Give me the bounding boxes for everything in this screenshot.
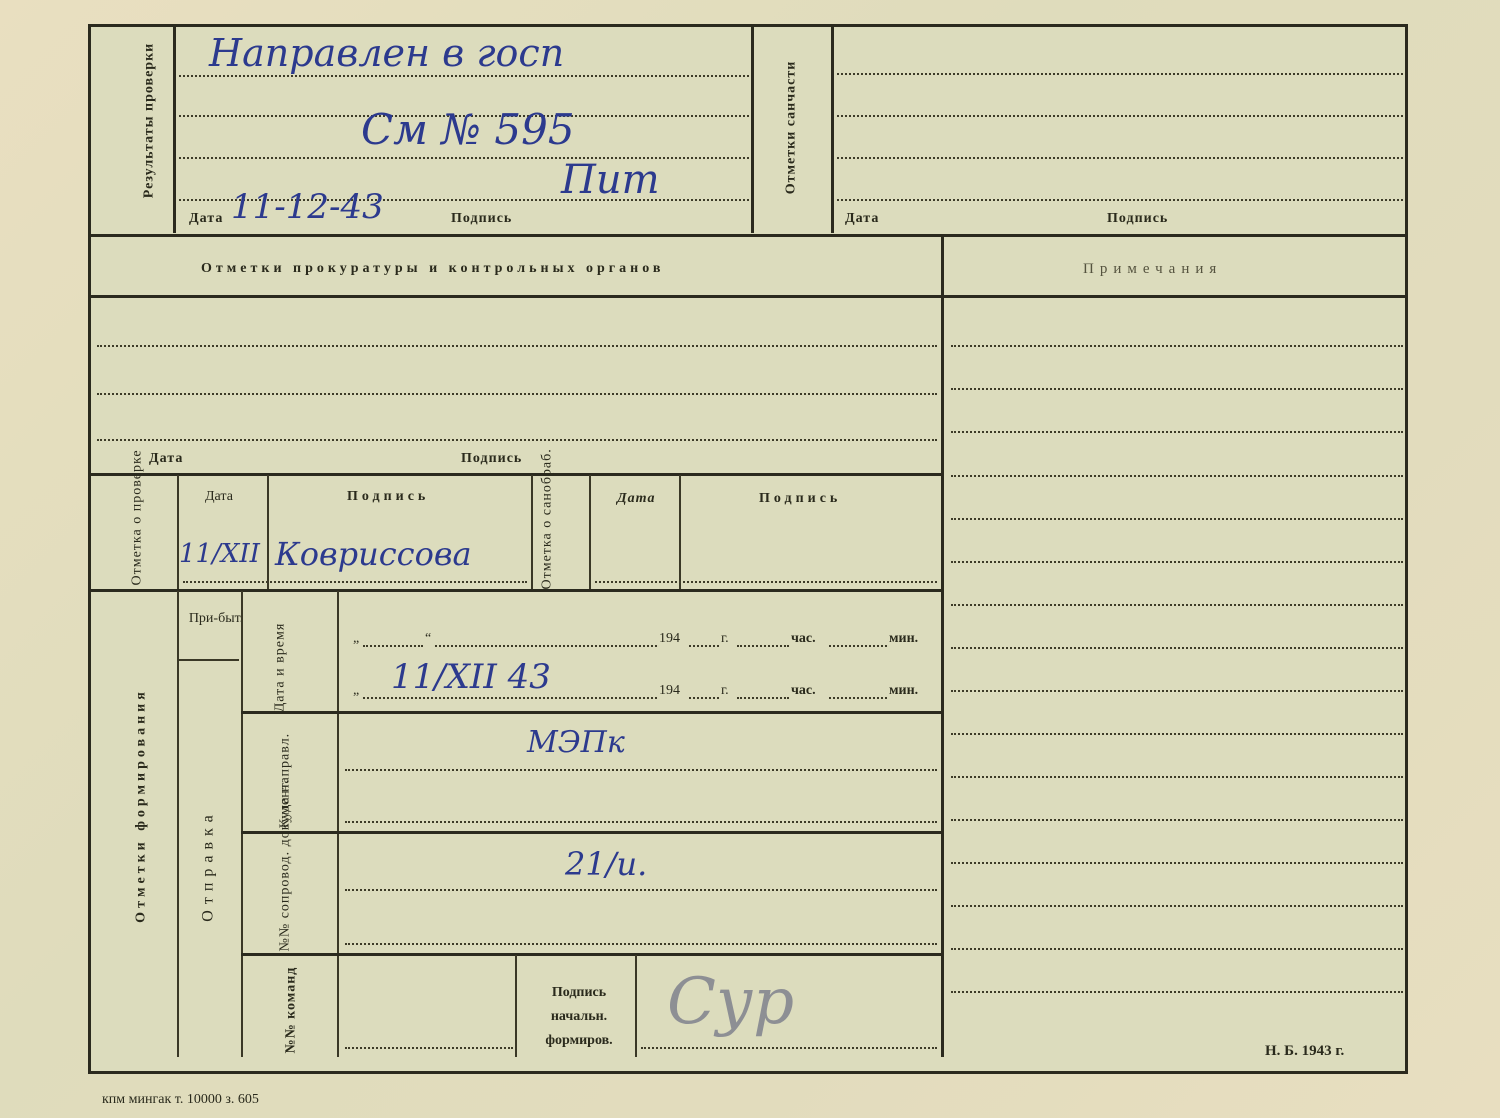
results-check-side-label: Результаты проверки	[141, 41, 158, 201]
sanobrab-signature-label: Подпись	[759, 491, 841, 507]
dotted-line	[641, 1047, 937, 1049]
notes-footer-mark: Н. Б. 1943 г.	[1265, 1043, 1344, 1060]
prosecutor-date-label: Дата	[149, 451, 183, 467]
section-rule	[241, 831, 941, 834]
dispatch-label: Отправка	[200, 801, 217, 931]
sanobrab-side-label: Отметка о санобраб.	[539, 470, 556, 590]
divider	[531, 475, 533, 589]
divider	[267, 475, 269, 589]
results-date-value: 11-12-43	[231, 187, 384, 227]
dotted-line	[837, 115, 1403, 117]
notes-line	[951, 518, 1403, 520]
notes-line	[951, 733, 1403, 735]
datetime-label: Дата и время	[272, 623, 289, 713]
sanitary-unit-side-label-text: Отметки санчасти	[784, 61, 799, 195]
notes-header: Примечания	[1083, 261, 1222, 278]
dotted-line	[179, 75, 749, 77]
handwritten-result-line2: См № 595	[361, 105, 575, 154]
sanchast-signature-label: Подпись	[1107, 211, 1168, 227]
dotted-line	[183, 581, 527, 583]
year-prefix: 194	[659, 631, 680, 647]
check-date-label: Дата	[205, 489, 233, 505]
commander-sign-label: Подпись начальн. формиров.	[523, 981, 635, 1053]
record-card-form: Результаты проверки Направлен в госп См …	[88, 24, 1408, 1074]
sanobrab-date-label: Дата	[617, 491, 655, 507]
sanobrab-side-label-text: Отметка о санобраб.	[540, 448, 555, 589]
notes-line	[951, 905, 1403, 907]
handwritten-result-line1: Направлен в госп	[209, 31, 564, 75]
notes-line	[951, 776, 1403, 778]
divider	[679, 475, 681, 589]
dotted-line	[829, 645, 887, 647]
notes-line	[951, 862, 1403, 864]
close-quote: “	[425, 631, 431, 647]
hours-label: час.	[791, 631, 816, 647]
notes-line	[951, 475, 1403, 477]
divider	[831, 27, 834, 233]
divider	[515, 955, 517, 1057]
dotted-line	[345, 821, 937, 823]
divider	[751, 27, 754, 233]
dotted-line	[345, 1047, 513, 1049]
check-mark-side-label: Отметка о проверке	[129, 466, 146, 586]
check-signature-label: Подпись	[347, 489, 429, 505]
divider	[177, 475, 179, 589]
dotted-line	[97, 439, 937, 441]
notes-line	[951, 819, 1403, 821]
divider	[635, 955, 637, 1057]
divider	[173, 27, 176, 233]
dotted-line	[737, 697, 789, 699]
printer-imprint: кпм мингак т. 10000 з. 605	[102, 1092, 259, 1108]
results-signature-label: Подпись	[451, 211, 512, 227]
sanitary-unit-side-label: Отметки санчасти	[783, 48, 800, 208]
datetime-label-text: Дата и время	[273, 623, 288, 713]
destination-value: МЭПк	[527, 725, 625, 760]
open-quote: „	[353, 631, 359, 647]
prosecutor-signature-label: Подпись	[461, 451, 522, 467]
results-check-side-label-text: Результаты проверки	[142, 43, 157, 198]
section-rule	[241, 953, 941, 956]
dotted-line	[345, 769, 937, 771]
section-rule	[91, 234, 1405, 237]
prosecutor-header: Отметки прокуратуры и контрольных органо…	[201, 261, 664, 277]
dotted-line	[689, 697, 719, 699]
minutes-label: мин.	[889, 631, 918, 647]
team-number-label-text: №№ команд	[284, 967, 299, 1054]
notes-line	[951, 991, 1403, 993]
formation-side-label-text: Отметки формирования	[134, 688, 149, 923]
year-suffix: г.	[721, 683, 729, 699]
year-suffix: г.	[721, 631, 729, 647]
dispatch-label-text: Отправка	[200, 809, 217, 921]
arrival-label: При-быт.	[187, 609, 245, 629]
documents-label: №№ сопровод. документ.	[277, 852, 294, 952]
notes-line	[951, 948, 1403, 950]
dotted-line	[837, 199, 1403, 201]
divider	[241, 591, 243, 1057]
dotted-line	[737, 645, 789, 647]
dotted-line	[345, 889, 937, 891]
dotted-line	[837, 157, 1403, 159]
notes-line	[951, 604, 1403, 606]
divider	[589, 475, 591, 589]
divider	[337, 591, 339, 1057]
documents-label-text: №№ сопровод. документ.	[278, 779, 293, 952]
datetime-row-1: „ “ 194 г. час. мин.	[353, 631, 933, 651]
formation-side-label: Отметки формирования	[133, 676, 150, 936]
dotted-line	[97, 345, 937, 347]
results-signature-value: Пит	[561, 157, 660, 203]
notes-line	[951, 345, 1403, 347]
dotted-line	[345, 943, 937, 945]
datetime-handwritten: 11/XII 43	[391, 657, 551, 697]
check-signature-value: Ковриссова	[275, 535, 472, 573]
dotted-line	[829, 697, 887, 699]
section-rule	[91, 473, 941, 476]
dotted-line	[363, 645, 423, 647]
minutes-label: мин.	[889, 683, 918, 699]
documents-value: 21/и.	[565, 845, 647, 883]
notes-line	[951, 561, 1403, 563]
dotted-line	[435, 645, 657, 647]
open-quote: „	[353, 683, 359, 699]
dotted-line	[363, 697, 657, 699]
dotted-line	[97, 393, 937, 395]
hours-label: час.	[791, 683, 816, 699]
commander-sign-value: Сур	[667, 965, 794, 1039]
dotted-line	[837, 73, 1403, 75]
results-date-label: Дата	[189, 211, 223, 227]
dotted-line	[595, 581, 937, 583]
check-date-value: 11/XII	[179, 539, 260, 569]
team-number-label: №№ команд	[283, 974, 300, 1054]
dotted-line	[689, 645, 719, 647]
check-mark-side-label-text: Отметка о проверке	[130, 449, 145, 585]
notes-line	[951, 388, 1403, 390]
notes-divider	[941, 237, 944, 1057]
dotted-line	[179, 157, 749, 159]
notes-line	[951, 431, 1403, 433]
notes-line	[951, 690, 1403, 692]
section-rule	[241, 711, 941, 714]
section-rule	[91, 589, 941, 592]
sanchast-date-label: Дата	[845, 211, 879, 227]
notes-line	[951, 647, 1403, 649]
section-rule	[91, 295, 1405, 298]
divider	[179, 659, 239, 661]
year-prefix: 194	[659, 683, 680, 699]
